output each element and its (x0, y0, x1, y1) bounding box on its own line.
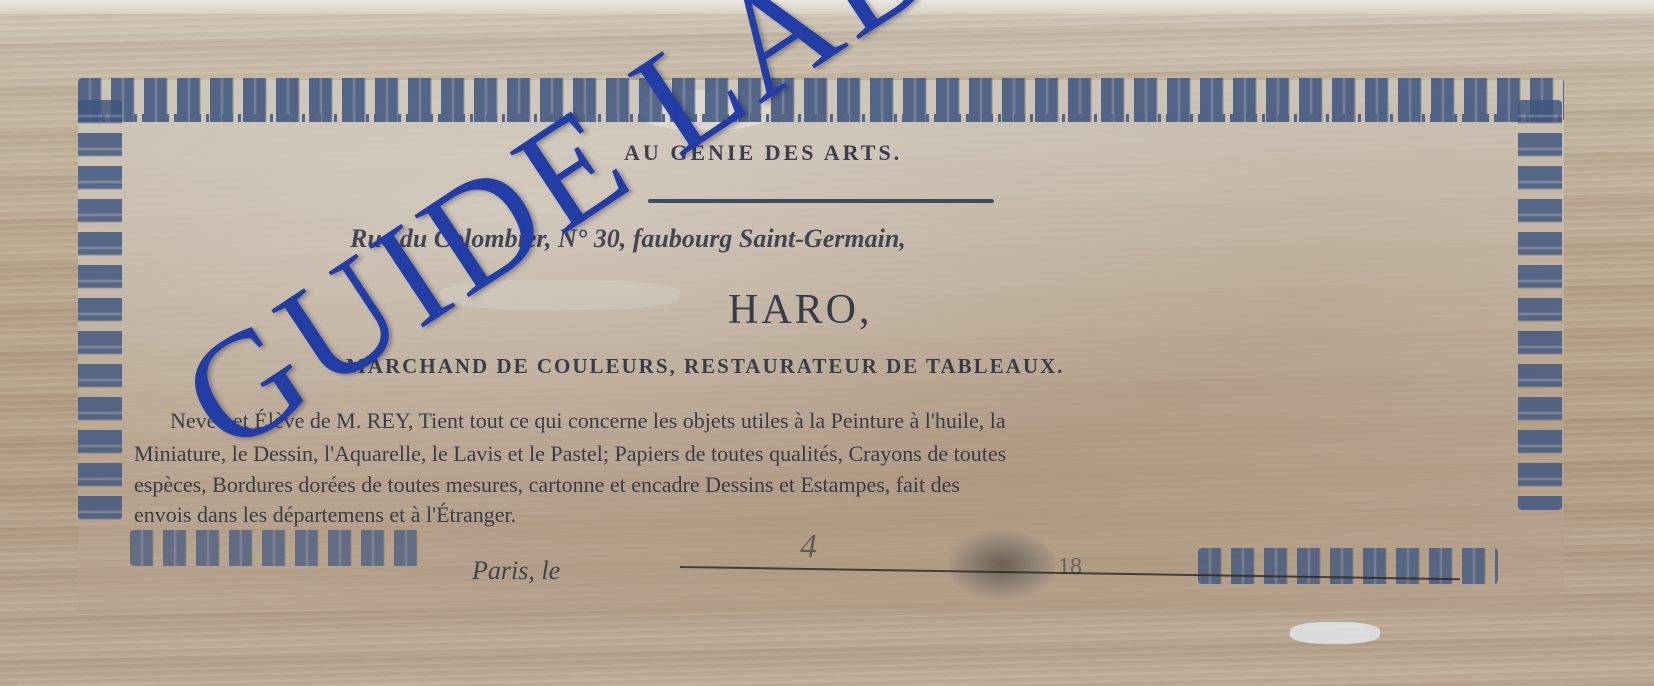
place-date-line: Paris, le (472, 556, 560, 586)
palmette-border-bottom-left (130, 530, 420, 566)
merchant-trade: MARCHAND DE COULEURS, RESTAURATEUR DE TA… (346, 354, 1064, 379)
handwritten-year: 18 (1058, 554, 1082, 581)
palmette-border-right (1518, 100, 1562, 510)
header-rule (648, 199, 994, 203)
handwritten-mark: 4 (800, 528, 817, 566)
merchant-name: HARO, (728, 286, 873, 334)
palmette-border-left (78, 100, 122, 520)
wood-knot (948, 530, 1056, 600)
body-line: envois dans les départemens et à l'Étran… (134, 502, 516, 528)
paper-damage (1290, 622, 1380, 644)
